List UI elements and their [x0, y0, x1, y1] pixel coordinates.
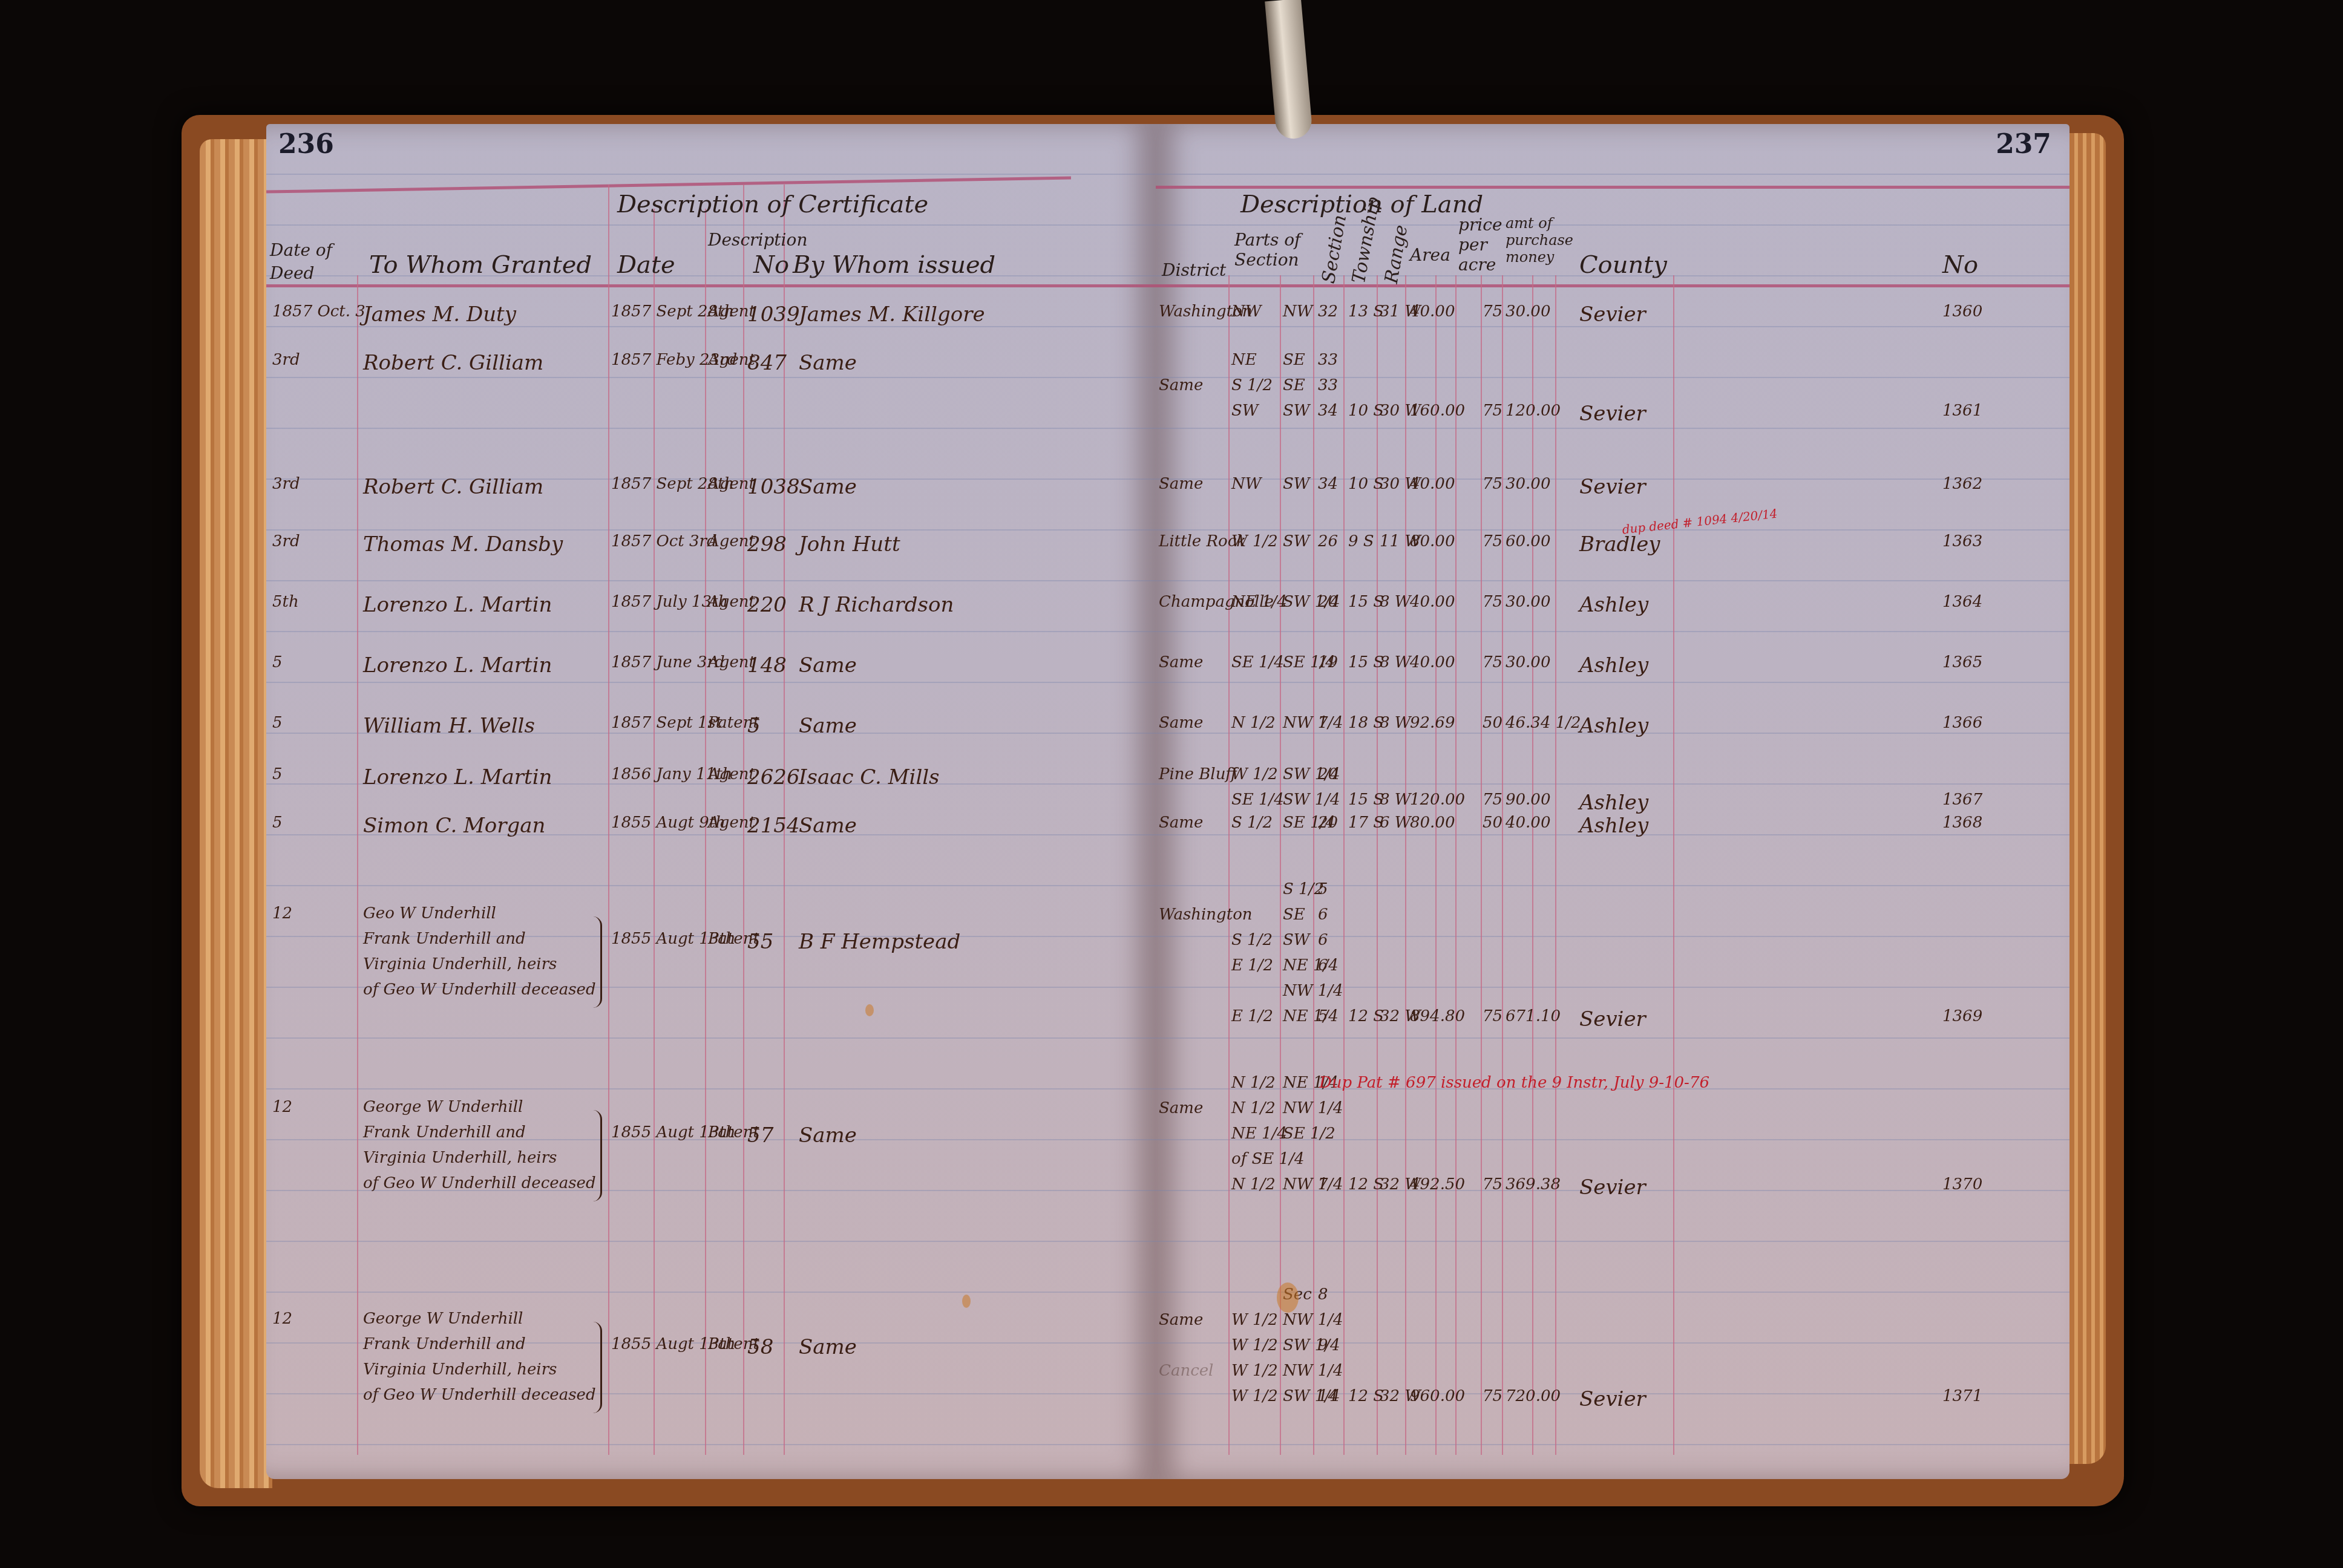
- purchase-money: 369.38: [1506, 1175, 1561, 1194]
- part-of-section: NW 1/4: [1283, 714, 1343, 732]
- township: 17 S: [1348, 814, 1384, 832]
- price-per-acre: 75: [1483, 402, 1502, 420]
- part-of-section: SE: [1283, 376, 1305, 394]
- grantee: James M. Duty: [363, 302, 516, 327]
- part-of-section: NW: [1231, 475, 1261, 493]
- issued-by: Isaac C. Mills: [799, 765, 940, 789]
- grantee: Lorenzo L. Martin: [363, 653, 552, 678]
- section-number: 19: [1318, 653, 1338, 671]
- township: 9 S: [1348, 532, 1374, 550]
- district: Same: [1159, 376, 1203, 394]
- township: 13 S: [1348, 302, 1384, 321]
- grantee: Lorenzo L. Martin: [363, 593, 552, 617]
- purchase-money: 30.00: [1506, 653, 1550, 671]
- deed-date: 12: [272, 1098, 292, 1116]
- area-acres: 120.00: [1410, 791, 1465, 809]
- area-acres: 80.00: [1410, 814, 1455, 832]
- district: Same: [1159, 1311, 1203, 1329]
- district: Pine Bluff: [1159, 765, 1237, 783]
- grantee-line: Geo W Underhill: [363, 904, 496, 923]
- county: Ashley: [1579, 814, 1648, 838]
- price-per-acre: 50: [1483, 714, 1502, 732]
- township: 10 S: [1348, 402, 1384, 420]
- grantee: Robert C. Gilliam: [363, 351, 543, 375]
- col-divider: [1377, 275, 1378, 1455]
- purchase-money: 46.34 1/2: [1506, 714, 1581, 732]
- certificate-number: 1038: [747, 475, 800, 499]
- part-of-section: NW 1/4: [1283, 1099, 1343, 1117]
- price-per-acre: 75: [1483, 791, 1502, 809]
- price-per-acre: 50: [1483, 814, 1502, 832]
- part-of-section: NW 1/4: [1283, 1311, 1343, 1329]
- deed-date: 5: [272, 653, 283, 671]
- purchase-money: 90.00: [1506, 791, 1550, 809]
- part-of-section: NE 1/4: [1231, 1125, 1287, 1143]
- certificate-number: 55: [747, 930, 773, 954]
- grantee-line: Frank Underhill and: [363, 1123, 526, 1142]
- part-of-section: SE: [1283, 906, 1305, 924]
- price-per-acre: 75: [1483, 475, 1502, 493]
- part-of-section: S 1/2: [1231, 931, 1273, 949]
- part-of-section: N 1/2: [1231, 1099, 1276, 1117]
- bracket: [593, 1322, 602, 1413]
- part-of-section: N 1/2: [1231, 714, 1276, 732]
- part-of-section: SW: [1283, 475, 1310, 493]
- area-acres: 894.80: [1410, 1007, 1465, 1025]
- purchase-money: 40.00: [1506, 814, 1550, 832]
- grantee: Lorenzo L. Martin: [363, 765, 552, 789]
- township: 15 S: [1348, 653, 1384, 671]
- district: Same: [1159, 653, 1203, 671]
- township: 10 S: [1348, 475, 1384, 493]
- certificate-number: 2626: [747, 765, 800, 789]
- header-date-of-deed: Date of Deed: [270, 239, 349, 285]
- left-page: 236 Date of Deed To Whom Granted Descrip…: [266, 124, 1156, 1479]
- part-of-section: NW 1/4: [1283, 982, 1343, 1000]
- header-description-of-certificate: Description of Certificate: [617, 191, 928, 218]
- district: Same: [1159, 814, 1203, 832]
- certificate-date: 1857 Sept 1st: [611, 714, 722, 732]
- range: 6 W: [1380, 814, 1411, 832]
- section-number: 9: [1318, 1336, 1328, 1354]
- header-district: District: [1162, 260, 1226, 280]
- issued-by: B F Hempstead: [799, 930, 960, 954]
- part-of-section: of SE 1/4: [1231, 1150, 1304, 1168]
- county: Sevier: [1579, 402, 1646, 426]
- bracket: [593, 1110, 602, 1201]
- section-number: 7: [1318, 1175, 1328, 1194]
- price-per-acre: 75: [1483, 1007, 1502, 1025]
- county: Sevier: [1579, 1387, 1646, 1411]
- area-acres: 40.00: [1410, 475, 1455, 493]
- col-divider: [1228, 275, 1230, 1455]
- section-number: 6: [1318, 906, 1328, 924]
- part-of-section: SE 1/4: [1231, 653, 1284, 671]
- area-acres: 40.00: [1410, 593, 1455, 611]
- section-number: 20: [1318, 814, 1338, 832]
- certificate-number: 5: [747, 714, 761, 738]
- township: 15 S: [1348, 593, 1384, 611]
- issued-by: Same: [799, 1335, 857, 1359]
- part-of-section: SE 1/2: [1283, 1125, 1335, 1143]
- part-of-section: W 1/2: [1231, 1311, 1278, 1329]
- purchase-money: 60.00: [1506, 532, 1550, 550]
- section-number: 20: [1318, 765, 1338, 783]
- township: 12 S: [1348, 1007, 1384, 1025]
- part-of-section: N 1/2: [1231, 1074, 1276, 1092]
- col-divider: [654, 209, 655, 1455]
- section-number: 26: [1318, 532, 1338, 550]
- district: Same: [1159, 714, 1203, 732]
- grantee-line: Frank Underhill and: [363, 930, 526, 948]
- purchase-money: 30.00: [1506, 302, 1550, 321]
- section-number: 33: [1318, 351, 1338, 369]
- entry-number: 1368: [1942, 814, 1982, 832]
- deed-date: 5: [272, 765, 283, 783]
- part-of-section: SW: [1283, 532, 1310, 550]
- header-area: Area: [1410, 245, 1450, 265]
- issued-by: Same: [799, 351, 857, 375]
- entry-number: 1364: [1942, 593, 1982, 611]
- issued-by: John Hutt: [799, 532, 900, 557]
- col-divider: [357, 275, 358, 1455]
- county: Sevier: [1579, 475, 1646, 499]
- margin-note: Cancel: [1159, 1362, 1213, 1380]
- price-per-acre: 75: [1483, 532, 1502, 550]
- grantee-line: of Geo W Underhill deceased: [363, 981, 596, 999]
- part-of-section: W 1/2: [1231, 1336, 1278, 1354]
- section-number: 32: [1318, 302, 1338, 321]
- col-divider: [1502, 275, 1503, 1455]
- header-price-per-acre: price per acre: [1458, 215, 1501, 275]
- certificate-number: 220: [747, 593, 787, 617]
- purchase-money: 720.00: [1506, 1387, 1561, 1405]
- price-per-acre: 75: [1483, 302, 1502, 321]
- deed-date: 5: [272, 814, 283, 832]
- certificate-number: 1039: [747, 302, 800, 327]
- issued-by: Same: [799, 714, 857, 738]
- col-divider: [1435, 275, 1437, 1455]
- county: Sevier: [1579, 1175, 1646, 1200]
- header-top-rule: [1156, 186, 2069, 189]
- township: 12 S: [1348, 1387, 1384, 1405]
- col-divider: [1343, 275, 1345, 1455]
- range: 8 W: [1380, 593, 1411, 611]
- page-number: 237: [1996, 129, 2051, 160]
- issued-by: R J Richardson: [799, 593, 954, 617]
- grantee-line: George W Underhill: [363, 1098, 523, 1116]
- part-of-section: NE 1/4: [1283, 1007, 1339, 1025]
- section-number: 20: [1318, 593, 1338, 611]
- section-number: 34: [1318, 402, 1338, 420]
- district: Same: [1159, 1099, 1203, 1117]
- deed-date: 5: [272, 714, 283, 732]
- part-of-section: W 1/2: [1231, 1362, 1278, 1380]
- entry-number: 1363: [1942, 532, 1982, 550]
- col-divider: [1481, 275, 1482, 1455]
- section-number: 5: [1318, 880, 1328, 898]
- grantee: Simon C. Morgan: [363, 814, 545, 838]
- entry-number: 1366: [1942, 714, 1982, 732]
- page-ruling: [266, 124, 1156, 1479]
- part-of-section: NE: [1231, 351, 1257, 369]
- part-of-section: W 1/2: [1231, 1387, 1278, 1405]
- certificate-number: 298: [747, 532, 787, 557]
- section-number: 33: [1318, 376, 1338, 394]
- water-stain: [962, 1295, 971, 1308]
- area-acres: 40.00: [1410, 302, 1455, 321]
- page-edges-left: [200, 139, 272, 1488]
- col-divider: [1405, 275, 1406, 1455]
- part-of-section: E 1/2: [1231, 1007, 1273, 1025]
- header-no: No: [753, 251, 789, 279]
- header-description: Description: [708, 230, 807, 250]
- grantee: William H. Wells: [363, 714, 535, 738]
- area-acres: 80.00: [1410, 532, 1455, 550]
- section-number: 7: [1318, 714, 1328, 732]
- section-number: 6: [1318, 931, 1328, 949]
- part-of-section: NW: [1283, 302, 1312, 321]
- entry-number: 1362: [1942, 475, 1982, 493]
- part-of-section: SW: [1283, 931, 1310, 949]
- certificate-number: 57: [747, 1123, 773, 1148]
- range: 8 W: [1380, 791, 1411, 809]
- header-no: No: [1942, 251, 1978, 279]
- right-page: 237 Description of Land District Parts o…: [1156, 124, 2069, 1479]
- township: 18 S: [1348, 714, 1384, 732]
- grantee-line: George W Underhill: [363, 1310, 523, 1328]
- issued-by: Same: [799, 475, 857, 499]
- col-divider: [1532, 275, 1533, 1455]
- deed-date: 3rd: [272, 475, 300, 493]
- part-of-section: SW: [1231, 402, 1259, 420]
- entry-number: 1370: [1942, 1175, 1982, 1194]
- section-number: 5: [1318, 1007, 1328, 1025]
- water-stain: [1277, 1282, 1299, 1313]
- township: 12 S: [1348, 1175, 1384, 1194]
- page-edges-right: [2069, 133, 2106, 1464]
- section-number: 8: [1318, 1285, 1328, 1304]
- grantee: Thomas M. Dansby: [363, 532, 563, 557]
- grantee-line: Virginia Underhill, heirs: [363, 1149, 557, 1167]
- price-per-acre: 75: [1483, 1387, 1502, 1405]
- grantee-line: Virginia Underhill, heirs: [363, 1361, 557, 1379]
- range: 8 W: [1380, 653, 1411, 671]
- county: Ashley: [1579, 593, 1648, 617]
- section-number: 34: [1318, 475, 1338, 493]
- county: Ashley: [1579, 714, 1648, 738]
- part-of-section: NE 1/4: [1231, 593, 1287, 611]
- entry-number: 1371: [1942, 1387, 1982, 1405]
- header-county: County: [1579, 251, 1667, 279]
- part-of-section: W 1/2: [1231, 532, 1278, 550]
- part-of-section: NW 1/4: [1283, 1175, 1343, 1194]
- deed-date: 3rd: [272, 532, 300, 550]
- certificate-number: 847: [747, 351, 787, 375]
- part-of-section: SW 1/4: [1283, 1336, 1340, 1354]
- purchase-money: 671.10: [1506, 1007, 1561, 1025]
- grantee-line: Frank Underhill and: [363, 1335, 526, 1353]
- header-bottom-rule: [1156, 284, 2069, 287]
- issued-by: Same: [799, 814, 857, 838]
- col-divider: [1280, 275, 1281, 1455]
- page-number: 236: [278, 129, 334, 160]
- part-of-section: N 1/2: [1231, 1175, 1276, 1194]
- county: Sevier: [1579, 302, 1646, 327]
- part-of-section: NE 1/4: [1283, 956, 1339, 975]
- area-acres: 40.00: [1410, 653, 1455, 671]
- header-purchase-money: amt of purchase money: [1506, 215, 1554, 266]
- col-divider: [1555, 275, 1556, 1455]
- entry-number: 1369: [1942, 1007, 1982, 1025]
- area-acres: 160.00: [1410, 402, 1465, 420]
- grantee-line: Virginia Underhill, heirs: [363, 955, 557, 973]
- deed-date: 1857 Oct. 3: [272, 302, 365, 321]
- range: 8 W: [1380, 714, 1411, 732]
- county: Sevier: [1579, 1007, 1646, 1031]
- certificate-date: 1857 Oct 3rd: [611, 532, 717, 550]
- red-annotation: Dup Pat # 697 issued on the 9 Instr, Jul…: [1319, 1074, 1709, 1092]
- area-acres: 960.00: [1410, 1387, 1465, 1405]
- col-divider: [1313, 275, 1314, 1455]
- certificate-number: 2154: [747, 814, 800, 838]
- col-divider: [705, 209, 706, 1455]
- section-number: 6: [1318, 956, 1328, 975]
- entry-number: 1367: [1942, 791, 1982, 809]
- entry-number: 1365: [1942, 653, 1982, 671]
- col-divider: [1673, 275, 1674, 1455]
- part-of-section: NW 1/4: [1283, 1362, 1343, 1380]
- grantee: Robert C. Gilliam: [363, 475, 543, 499]
- section-number: 14: [1318, 1387, 1338, 1405]
- area-acres: 492.50: [1410, 1175, 1465, 1194]
- part-of-section: NW: [1231, 302, 1261, 321]
- deed-date: 12: [272, 904, 292, 923]
- issued-by: Same: [799, 1123, 857, 1148]
- area-acres: 92.69: [1410, 714, 1455, 732]
- entry-number: 1361: [1942, 402, 1982, 420]
- part-of-section: W 1/2: [1231, 765, 1278, 783]
- purchase-money: 30.00: [1506, 475, 1550, 493]
- part-of-section: S 1/2: [1231, 376, 1273, 394]
- price-per-acre: 75: [1483, 1175, 1502, 1194]
- district: Washington: [1159, 906, 1253, 924]
- header-parts-of-section: Parts of Section: [1234, 230, 1313, 270]
- deed-date: 3rd: [272, 351, 300, 369]
- grantee-line: of Geo W Underhill deceased: [363, 1386, 596, 1404]
- part-of-section: SE 1/4: [1231, 791, 1284, 809]
- district: Same: [1159, 475, 1203, 493]
- header-to-whom-granted: To Whom Granted: [369, 251, 592, 279]
- county: Bradley: [1579, 532, 1660, 557]
- entry-number: 1360: [1942, 302, 1982, 321]
- purchase-money: 30.00: [1506, 593, 1550, 611]
- purchase-money: 120.00: [1506, 402, 1561, 420]
- county: Ashley: [1579, 791, 1648, 815]
- header-by-whom-issued: By Whom issued: [793, 251, 995, 279]
- part-of-section: SW 1/4: [1283, 791, 1340, 809]
- deed-date: 5th: [272, 593, 299, 611]
- township: 15 S: [1348, 791, 1384, 809]
- deed-date: 12: [272, 1310, 292, 1328]
- issued-by: James M. Killgore: [799, 302, 985, 327]
- part-of-section: E 1/2: [1231, 956, 1273, 975]
- certificate-number: 148: [747, 653, 787, 678]
- col-divider: [608, 185, 609, 1455]
- part-of-section: SE: [1283, 351, 1305, 369]
- issued-by: Same: [799, 653, 857, 678]
- certificate-number: 58: [747, 1335, 773, 1359]
- bracket: [593, 916, 602, 1008]
- header-date: Date: [617, 251, 675, 279]
- part-of-section: SW: [1283, 402, 1310, 420]
- header-bottom-rule: [266, 284, 1156, 287]
- part-of-section: S 1/2: [1231, 814, 1273, 832]
- water-stain: [865, 1004, 874, 1016]
- price-per-acre: 75: [1483, 593, 1502, 611]
- col-divider: [1455, 275, 1457, 1455]
- county: Ashley: [1579, 653, 1648, 678]
- price-per-acre: 75: [1483, 653, 1502, 671]
- grantee-line: of Geo W Underhill deceased: [363, 1174, 596, 1192]
